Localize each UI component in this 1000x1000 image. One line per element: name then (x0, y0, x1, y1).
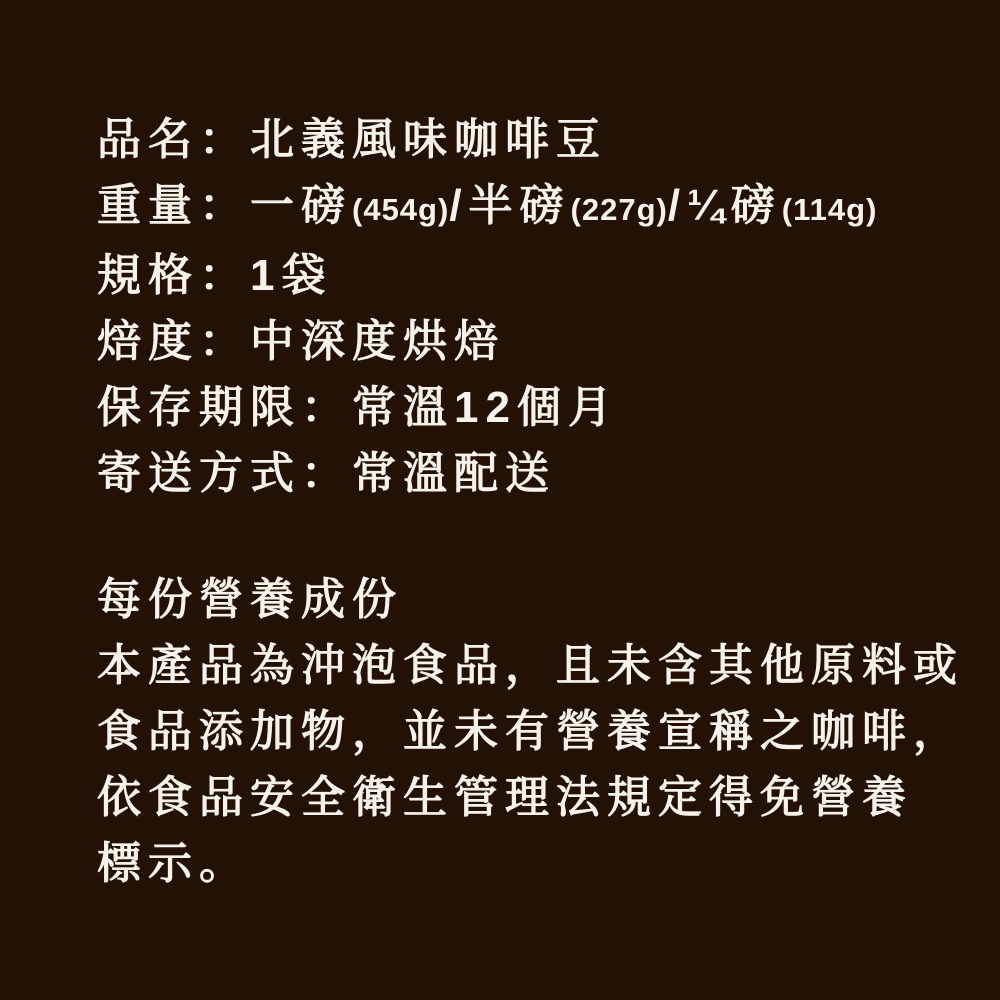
product-info-value-segment: / (668, 181, 687, 230)
product-info-row: 規格：1袋 (97, 243, 920, 309)
product-info-value-segment: / (449, 181, 468, 230)
product-info-value-segment: 中深度烘焙 (250, 317, 505, 366)
product-info-label: 保存期限： (97, 383, 352, 432)
product-info-value-segment: (454g) (352, 192, 449, 227)
product-info-row: 重量：一磅(454g)/半磅(227g)/¼磅(114g) (97, 173, 920, 243)
product-info-value-segment: 1袋 (250, 251, 332, 300)
nutrition-body-line: 食品添加物，並未有營養宣稱之咖啡， (97, 699, 920, 765)
product-info-value-segment: 北義風味咖啡豆 (250, 115, 607, 164)
product-info-list: 品名：北義風味咖啡豆重量：一磅(454g)/半磅(227g)/¼磅(114g)規… (97, 107, 920, 507)
product-info-value-segment: 半磅 (469, 181, 571, 230)
product-info-label: 規格： (97, 251, 250, 300)
section-spacer (97, 507, 920, 567)
nutrition-body-line: 本產品為沖泡食品，且未含其他原料或 (97, 633, 920, 699)
product-info-label: 品名： (97, 115, 250, 164)
nutrition-body: 本產品為沖泡食品，且未含其他原料或食品添加物，並未有營養宣稱之咖啡，依食品安全衛… (97, 633, 920, 897)
product-info-value-segment: ¼磅 (687, 181, 782, 230)
product-info-label: 焙度： (97, 317, 250, 366)
product-description-panel: 品名：北義風味咖啡豆重量：一磅(454g)/半磅(227g)/¼磅(114g)規… (0, 0, 1000, 1000)
product-info-row: 焙度：中深度烘焙 (97, 309, 920, 375)
product-info-label: 寄送方式： (97, 449, 352, 498)
product-info-row: 寄送方式：常溫配送 (97, 441, 920, 507)
product-info-row: 保存期限：常溫12個月 (97, 375, 920, 441)
nutrition-heading: 每份營養成份 (97, 567, 920, 633)
product-info-value-segment: (227g) (571, 192, 668, 227)
nutrition-section: 每份營養成份 本產品為沖泡食品，且未含其他原料或食品添加物，並未有營養宣稱之咖啡… (97, 567, 920, 897)
product-info-row: 品名：北義風味咖啡豆 (97, 107, 920, 173)
product-info-value-segment: 一磅 (250, 181, 352, 230)
nutrition-body-line: 依食品安全衛生管理法規定得免營養 (97, 765, 920, 831)
product-info-label: 重量： (97, 181, 250, 230)
product-info-value-segment: 常溫配送 (352, 449, 556, 498)
product-info-value-segment: (114g) (782, 192, 878, 227)
product-info-value-segment: 常溫12個月 (352, 383, 619, 432)
nutrition-body-line: 標示。 (97, 831, 920, 897)
